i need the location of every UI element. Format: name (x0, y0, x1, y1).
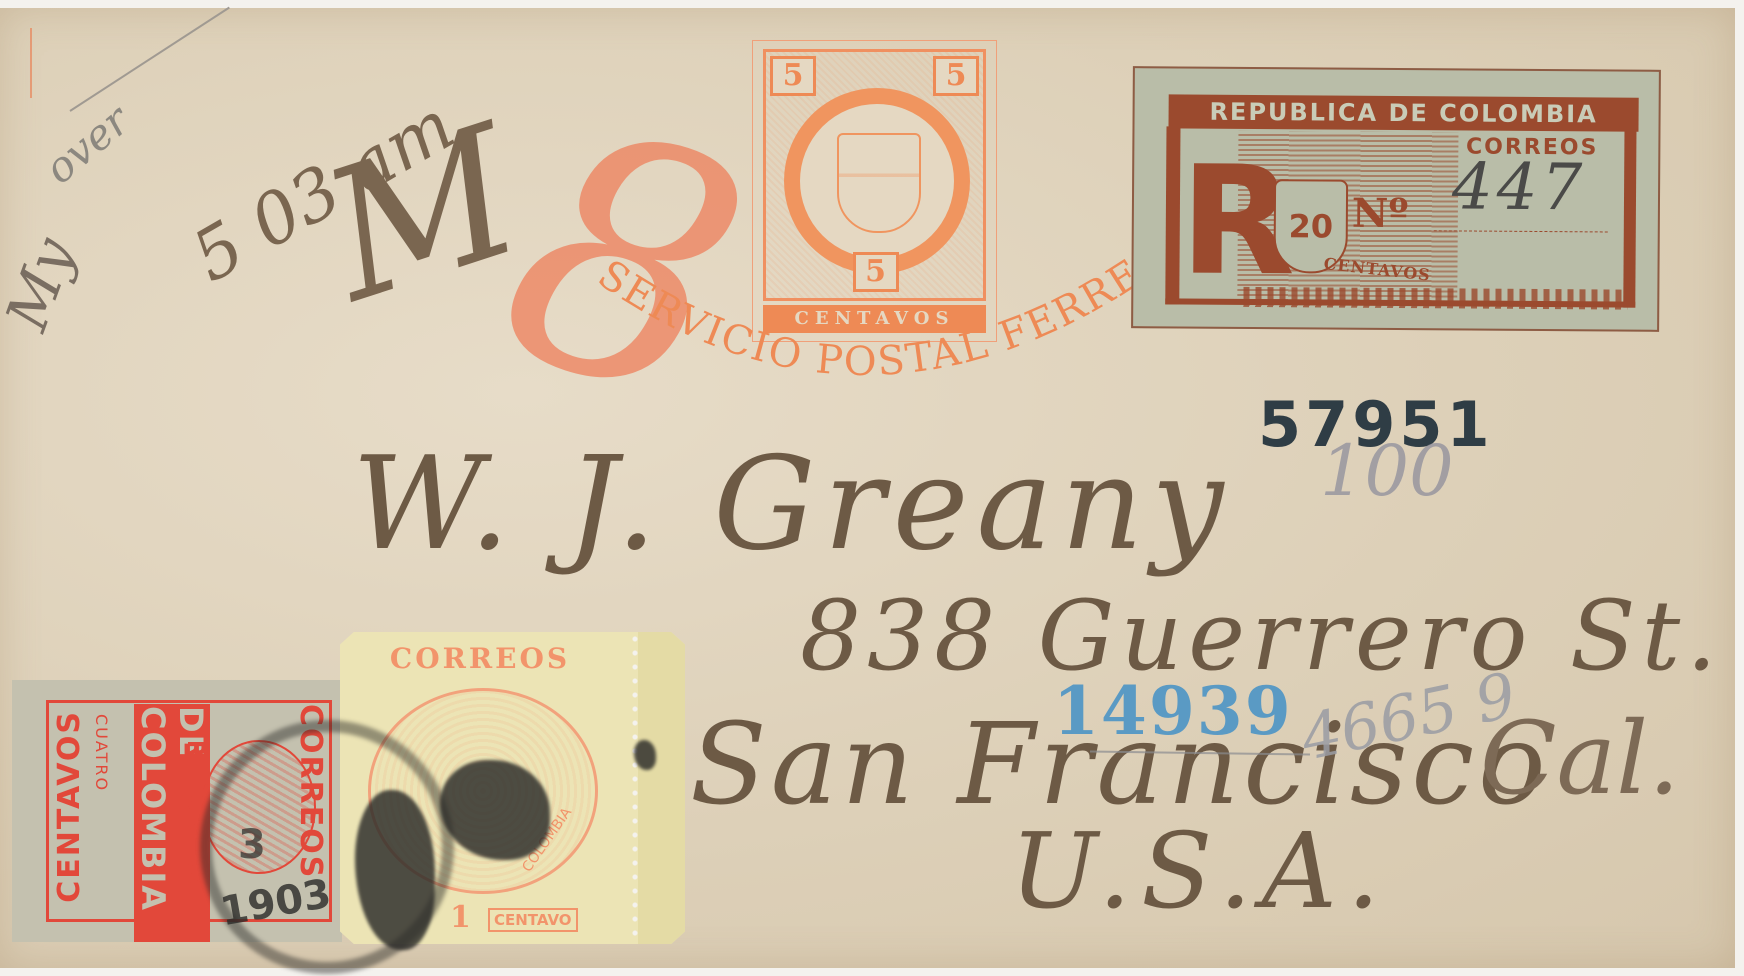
margin-line (30, 28, 32, 98)
stamp1-denomination: CENTAVO (488, 908, 578, 932)
label-handwritten-number: 447 (1452, 150, 1587, 225)
stamp4-value-word: CUATRO (92, 714, 111, 792)
service-arc-text: SERVICIO POSTAL FERREO (560, 230, 1200, 430)
indicium-value-left: 5 (770, 56, 816, 96)
ink-spot (634, 740, 656, 770)
indicium-value-right: 5 (933, 56, 979, 96)
label-border-ornament (1243, 287, 1627, 310)
pencil-mark: 100 (1320, 430, 1454, 512)
postmark-day: 3 (238, 822, 266, 868)
blue-number-stamp: 14939 (1053, 672, 1293, 750)
registration-letter: R (1179, 146, 1234, 296)
stamp4-denomination: CENTAVOS (52, 710, 87, 903)
label-number-prefix: Nº (1352, 190, 1409, 237)
registration-label: REPUBLICA DE COLOMBIA R 20 Nº CORREOS CE… (1131, 66, 1661, 332)
address-country: U.S.A. (1010, 810, 1390, 932)
coat-of-arms-icon (837, 133, 921, 233)
label-title: REPUBLICA DE COLOMBIA (1168, 94, 1638, 131)
sheet-margin (638, 632, 685, 944)
address-name: W. J. Greany (352, 430, 1232, 579)
stamp1-title: CORREOS (360, 642, 600, 675)
svg-text:SERVICIO POSTAL FERREO: SERVICIO POSTAL FERREO (590, 231, 1180, 385)
stamp1-value: 1 (450, 900, 471, 935)
